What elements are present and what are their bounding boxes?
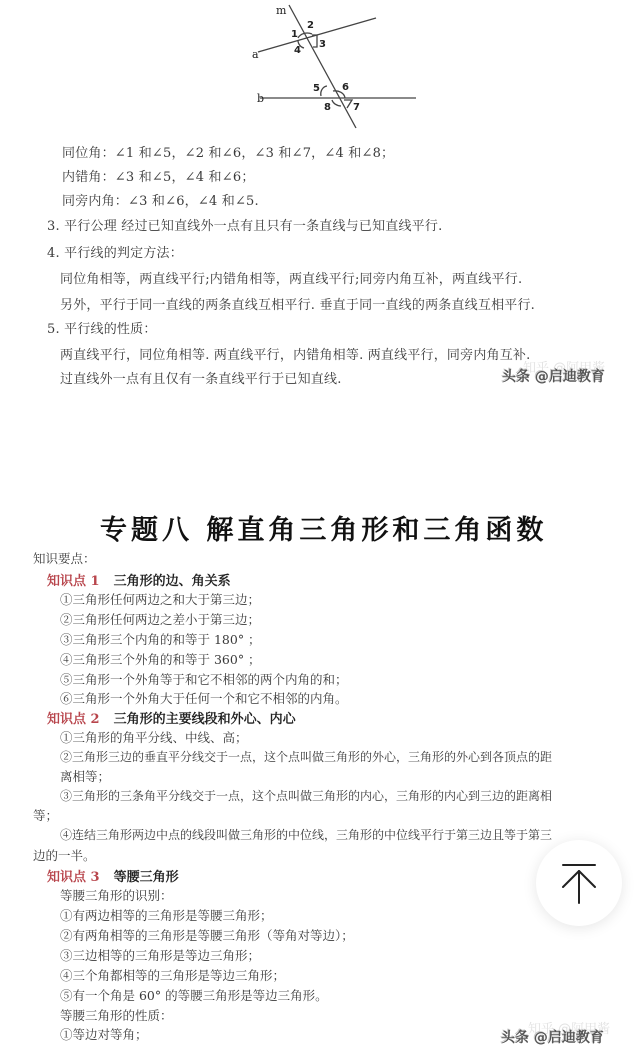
arrow-up-to-top-icon	[559, 861, 599, 905]
kp2-item: ①三角形的角平分线、中线、高；	[60, 728, 248, 746]
parallel-properties-line2: 过直线外一点有且仅有一条直线平行于已知直线.	[60, 368, 342, 387]
svg-text:4: 4	[294, 45, 301, 56]
kp1-item: ⑤三角形一个外角等于和它不相邻的两个内角的和；	[60, 670, 348, 688]
kp1-item: ⑥三角形一个外角大于任何一个和它不相邻的内角。	[60, 689, 348, 707]
kp1-tag: 知识点 1	[47, 574, 100, 589]
kp3-identify-item: ④三个角都相等的三角形是等边三角形；	[60, 966, 285, 984]
key-points-label: 知识要点：	[33, 549, 96, 567]
kp3-tag: 知识点 3	[47, 870, 100, 885]
svg-text:8: 8	[324, 102, 331, 113]
co-interior-angles-text: 同旁内角：∠3 和∠6，∠4 和∠5.	[62, 190, 259, 209]
parallel-criteria-line1: 同位角相等，两直线平行;内错角相等，两直线平行;同旁内角互补，两直线平行.	[60, 268, 522, 287]
parallel-criteria-line2: 另外，平行于同一直线的两条直线互相平行. 垂直于同一直线的两条直线互相平行.	[60, 294, 535, 313]
kp3-identify-label: 等腰三角形的识别：	[60, 886, 173, 904]
parallel-lines-diagram: m a b 1 2 3 4 5 6 7 8	[240, 0, 440, 130]
svg-text:2: 2	[307, 20, 314, 31]
alternate-angles-text: 内错角：∠3 和∠5，∠4 和∠6；	[62, 166, 255, 185]
kp2-item-cont: 离相等；	[60, 767, 110, 785]
corresponding-angles-text: 同位角：∠1 和∠5，∠2 和∠6，∠3 和∠7，∠4 和∠8；	[62, 142, 394, 161]
kp1-item: ①三角形任何两边之和大于第三边；	[60, 590, 260, 608]
svg-text:7: 7	[353, 102, 360, 113]
kp2-item-cont: 边的一半。	[33, 846, 96, 864]
parallel-criteria-heading: 4. 平行线的判定方法：	[47, 242, 183, 261]
kp2-item: ④连结三角形两边中点的线段叫做三角形的中位线，三角形的中位线平行于第三边且等于第…	[60, 826, 552, 843]
kp1-title: 三角形的边、角关系	[114, 574, 231, 589]
kp3-heading: 知识点 3等腰三角形	[47, 866, 179, 885]
kp1-item: ③三角形三个内角的和等于 180° ；	[60, 630, 261, 648]
kp3-identify-item: ①有两边相等的三角形是等腰三角形；	[60, 906, 273, 924]
svg-text:6: 6	[342, 82, 349, 93]
svg-text:5: 5	[313, 83, 320, 94]
label-m: m	[276, 4, 287, 17]
kp2-tag: 知识点 2	[47, 712, 100, 727]
kp2-item-cont: 等；	[33, 806, 58, 824]
kp3-identify-item: ⑤有一个角是 60° 的等腰三角形是等边三角形。	[60, 986, 328, 1004]
kp2-title: 三角形的主要线段和外心、内心	[114, 712, 296, 727]
label-b: b	[257, 92, 264, 105]
kp1-item: ②三角形任何两边之差小于第三边；	[60, 610, 260, 628]
watermark-toutiao: 头条 @启迪教育	[502, 366, 605, 386]
topic-title: 专题八 解直角三角形和三角函数	[100, 508, 547, 547]
kp2-item: ③三角形的三条角平分线交于一点，这个点叫做三角形的内心，三角形的内心到三边的距离…	[60, 787, 552, 804]
kp1-item: ④三角形三个外角的和等于 360° ；	[60, 650, 261, 668]
svg-text:1: 1	[291, 29, 298, 40]
kp3-title: 等腰三角形	[114, 870, 179, 885]
kp1-heading: 知识点 1三角形的边、角关系	[47, 570, 231, 589]
kp3-property-label: 等腰三角形的性质：	[60, 1006, 173, 1024]
kp3-identify-item: ③三边相等的三角形是等边三角形；	[60, 946, 260, 964]
parallel-properties-heading: 5. 平行线的性质：	[47, 318, 157, 337]
label-a: a	[252, 48, 259, 61]
kp3-property-item: ①等边对等角；	[60, 1025, 148, 1043]
back-to-top-button[interactable]	[536, 840, 622, 926]
watermark-toutiao: 头条 @启迪教育	[501, 1027, 604, 1047]
kp2-item: ②三角形三边的垂直平分线交于一点，这个点叫做三角形的外心，三角形的外心到各顶点的…	[60, 748, 552, 765]
parallel-axiom-text: 3. 平行公理 经过已知直线外一点有且只有一条直线与已知直线平行.	[47, 215, 442, 234]
kp2-heading: 知识点 2三角形的主要线段和外心、内心	[47, 708, 296, 727]
parallel-properties-line1: 两直线平行，同位角相等. 两直线平行，内错角相等. 两直线平行，同旁内角互补.	[60, 344, 530, 363]
kp3-identify-item: ②有两角相等的三角形是等腰三角形（等角对等边）；	[60, 926, 354, 944]
svg-text:3: 3	[319, 39, 326, 50]
